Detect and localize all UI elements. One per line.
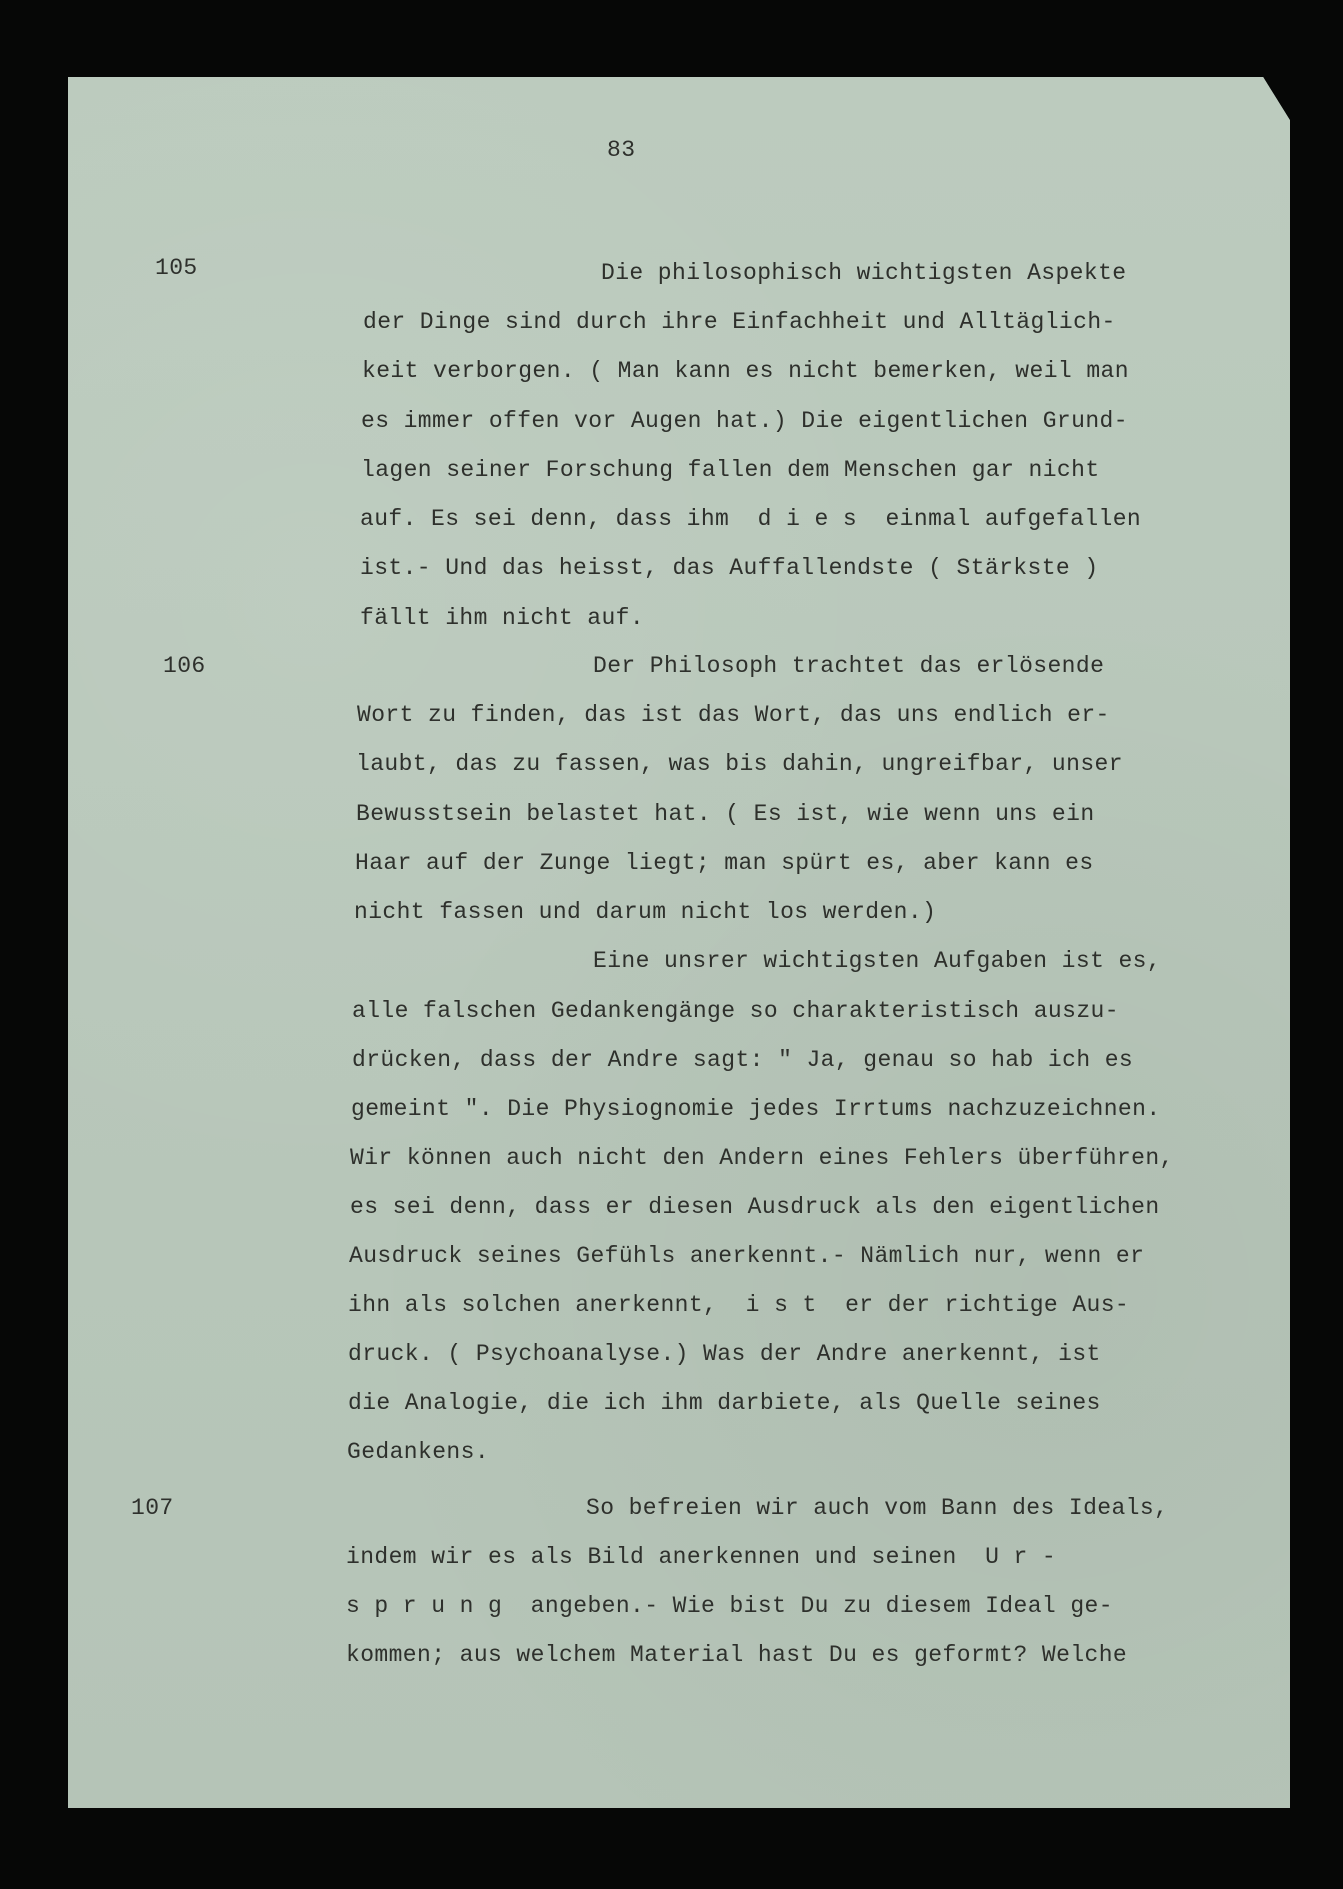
paragraph-number-106: 106: [163, 655, 206, 678]
text-line: indem wir es als Bild anerkennen und sei…: [346, 1546, 1056, 1569]
text-line: Ausdruck seines Gefühls anerkennt.- Näml…: [349, 1245, 1144, 1268]
text-line: Gedankens.: [347, 1441, 489, 1464]
text-line: So befreien wir auch vom Bann des Ideals…: [586, 1497, 1168, 1520]
text-line: es immer offen vor Augen hat.) Die eigen…: [361, 410, 1128, 433]
paragraph-number-107: 107: [131, 1497, 174, 1520]
paragraph-number-105: 105: [155, 257, 198, 280]
text-line: nicht fassen und darum nicht los werden.…: [354, 901, 936, 924]
page-number: 83: [607, 139, 635, 162]
text-line: Wort zu finden, das ist das Wort, das un…: [357, 704, 1110, 727]
text-line: Eine unsrer wichtigsten Aufgaben ist es,: [593, 950, 1161, 973]
text-line: s p r u n g angeben.- Wie bist Du zu die…: [346, 1595, 1113, 1618]
text-line: Haar auf der Zunge liegt; man spürt es, …: [355, 852, 1094, 875]
text-line: gemeint ". Die Physiognomie jedes Irrtum…: [351, 1098, 1161, 1121]
text-line: ist.- Und das heisst, das Auffallendste …: [360, 557, 1099, 580]
text-line: kommen; aus welchem Material hast Du es …: [346, 1644, 1127, 1667]
text-line: Die philosophisch wichtigsten Aspekte: [601, 262, 1126, 285]
text-line: der Dinge sind durch ihre Einfachheit un…: [363, 311, 1116, 334]
text-line: drücken, dass der Andre sagt: " Ja, gena…: [352, 1049, 1133, 1072]
text-line: laubt, das zu fassen, was bis dahin, ung…: [356, 753, 1123, 776]
text-line: Der Philosoph trachtet das erlösende: [593, 655, 1104, 678]
text-line: lagen seiner Forschung fallen dem Mensch…: [361, 459, 1100, 482]
text-line: ihn als solchen anerkennt, i s t er der …: [348, 1294, 1129, 1317]
text-line: Wir können auch nicht den Andern eines F…: [350, 1147, 1174, 1170]
text-line: keit verborgen. ( Man kann es nicht beme…: [362, 360, 1129, 383]
text-line: auf. Es sei denn, dass ihm d i e s einma…: [360, 508, 1141, 531]
text-line: druck. ( Psychoanalyse.) Was der Andre a…: [348, 1343, 1101, 1366]
text-line: die Analogie, die ich ihm darbiete, als …: [348, 1392, 1101, 1415]
text-line: Bewusstsein belastet hat. ( Es ist, wie …: [356, 803, 1095, 826]
text-line: alle falschen Gedankengänge so charakter…: [352, 1000, 1119, 1023]
text-line: es sei denn, dass er diesen Ausdruck als…: [350, 1196, 1160, 1219]
text-line: fällt ihm nicht auf.: [360, 607, 644, 630]
